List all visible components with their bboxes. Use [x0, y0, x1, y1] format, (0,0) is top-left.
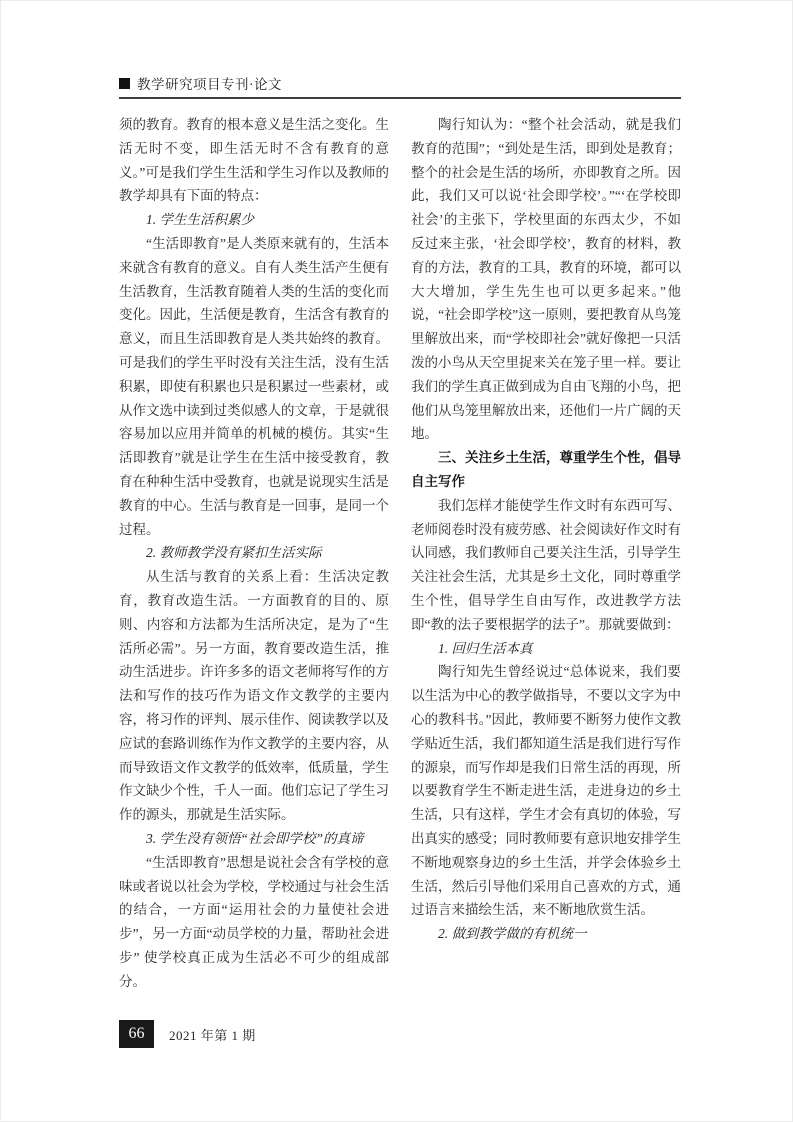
text-block-para: 我们怎样才能使学生作文时有东西可写、老师阅卷时没有疲劳感、社会阅读好作文时有认同…	[411, 494, 681, 637]
page-number: 66	[129, 1025, 145, 1043]
column-right: 陶行知认为：“整个社会活动，就是我们教育的范围”；“到处是生活，即到处是教育；整…	[411, 113, 681, 993]
text-block-sub-heading: 2. 教师教学没有紧扣生活实际	[119, 541, 389, 565]
text-block-para-cont: 须的教育。教育的根本意义是生活之变化。生活无时不变，即生活无时不含有教育的意义。…	[119, 113, 389, 208]
page-header: 教学研究项目专刊·论文	[119, 73, 282, 93]
header-label: 教学研究项目专刊·论文	[137, 73, 282, 93]
article-body: 须的教育。教育的根本意义是生活之变化。生活无时不变，即生活无时不含有教育的意义。…	[119, 113, 681, 993]
header-divider-rule	[119, 97, 681, 99]
text-block-sub-heading: 2. 做到教学做的有机统一	[411, 922, 681, 946]
issue-label: 2021 年第 1 期	[169, 1025, 256, 1044]
text-block-para: 陶行知认为：“整个社会活动，就是我们教育的范围”；“到处是生活，即到处是教育；整…	[411, 113, 681, 446]
text-block-para: 陶行知先生曾经说过“总体说来，我们要以生活为中心的教学做指导，不要以文字为中心的…	[411, 660, 681, 922]
page-footer: 66 2021 年第 1 期	[119, 1020, 256, 1048]
document-page: 教学研究项目专刊·论文 须的教育。教育的根本意义是生活之变化。生活无时不变，即生…	[0, 0, 793, 1122]
text-block-para: “生活即教育”思想是说社会含有学校的意味或者说以社会为学校，学校通过与社会生活的…	[119, 851, 389, 994]
text-block-section-heading: 三、关注乡土生活，尊重学生个性，倡导自主写作	[411, 446, 681, 494]
text-block-sub-heading: 3. 学生没有领悟“社会即学校”的真谛	[119, 827, 389, 851]
column-left: 须的教育。教育的根本意义是生活之变化。生活无时不变，即生活无时不含有教育的意义。…	[119, 113, 389, 993]
page-number-badge: 66	[119, 1020, 154, 1048]
text-block-sub-heading: 1. 学生生活积累少	[119, 208, 389, 232]
black-square-icon	[119, 78, 130, 89]
text-block-para: “生活即教育”是人类原来就有的，生活本来就含有教育的意义。自有人类生活产生便有生…	[119, 232, 389, 541]
text-block-sub-heading: 1. 回归生活本真	[411, 637, 681, 661]
text-block-para: 从生活与教育的关系上看：生活决定教育，教育改造生活。一方面教育的目的、原则、内容…	[119, 565, 389, 827]
